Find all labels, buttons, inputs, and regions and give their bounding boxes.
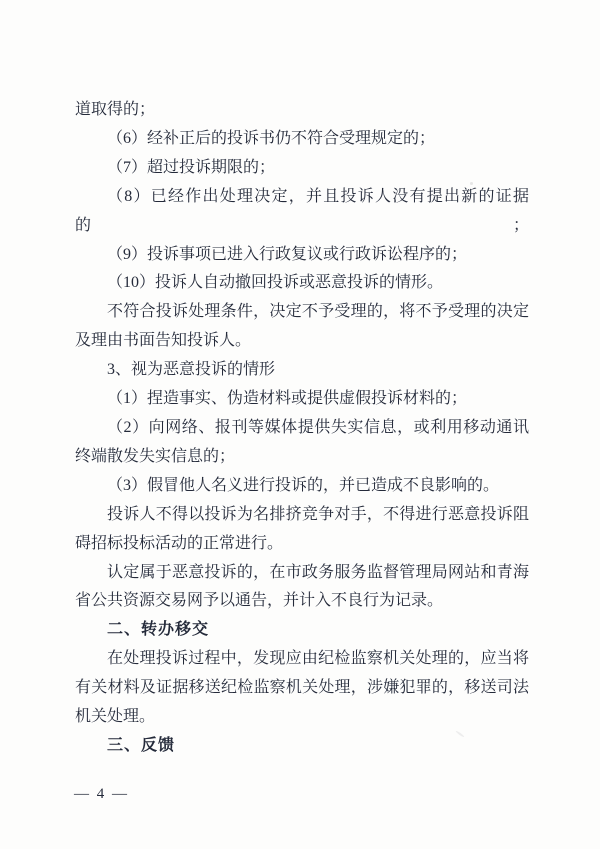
text-line: 有关材料及证据移送纪检监察机关处理，涉嫌犯罪的，移送司法 (75, 674, 529, 703)
text-line: 道取得的； (75, 96, 529, 125)
text-line: 认定属于恶意投诉的，在市政务服务监督管理局网站和青海 (75, 559, 529, 588)
scanned-document-page: 道取得的；（6）经补正后的投诉书仍不符合受理规定的；（7）超过投诉期限的；（8）… (0, 0, 600, 849)
scan-speckle (470, 182, 473, 185)
text-line: （7）超过投诉期限的； (75, 154, 529, 183)
text-line: （10）投诉人自动撤回投诉或恶意投诉的情形。 (75, 269, 529, 298)
text-line: （6）经补正后的投诉书仍不符合受理规定的； (75, 125, 529, 154)
text-line: 投诉人不得以投诉为名排挤竞争对手，不得进行恶意投诉阻 (75, 501, 529, 530)
text-line: 机关处理。 (75, 703, 529, 732)
text-line: 在处理投诉过程中，发现应由纪检监察机关处理的，应当将 (75, 645, 529, 674)
text-line: （8）已经作出处理决定，并且投诉人没有提出新的证据的； (75, 183, 529, 241)
text-line: 终端散发失实信息的； (75, 443, 529, 472)
text-line: 3、视为恶意投诉的情形 (75, 356, 529, 385)
text-line: 不符合投诉处理条件，决定不予受理的，将不予受理的决定 (75, 298, 529, 327)
text-line: （3）假冒他人名义进行投诉的，并已造成不良影响的。 (75, 472, 529, 501)
page-number: — 4 — (74, 786, 129, 803)
text-line: （1）捏造事实、伪造材料或提供虚假投诉材料的； (75, 385, 529, 414)
section-heading: 二、转办移交 (75, 616, 529, 645)
text-line: （9）投诉事项已进入行政复议或行政诉讼程序的； (75, 241, 529, 270)
document-body: 道取得的；（6）经补正后的投诉书仍不符合受理规定的；（7）超过投诉期限的；（8）… (75, 96, 529, 761)
text-line: （2）向网络、报刊等媒体提供失实信息，或利用移动通讯 (75, 414, 529, 443)
text-line: 及理由书面告知投诉人。 (75, 327, 529, 356)
text-line: 碍招标投标活动的正常进行。 (75, 530, 529, 559)
text-line: 省公共资源交易网予以通告，并计入不良行为记录。 (75, 587, 529, 616)
